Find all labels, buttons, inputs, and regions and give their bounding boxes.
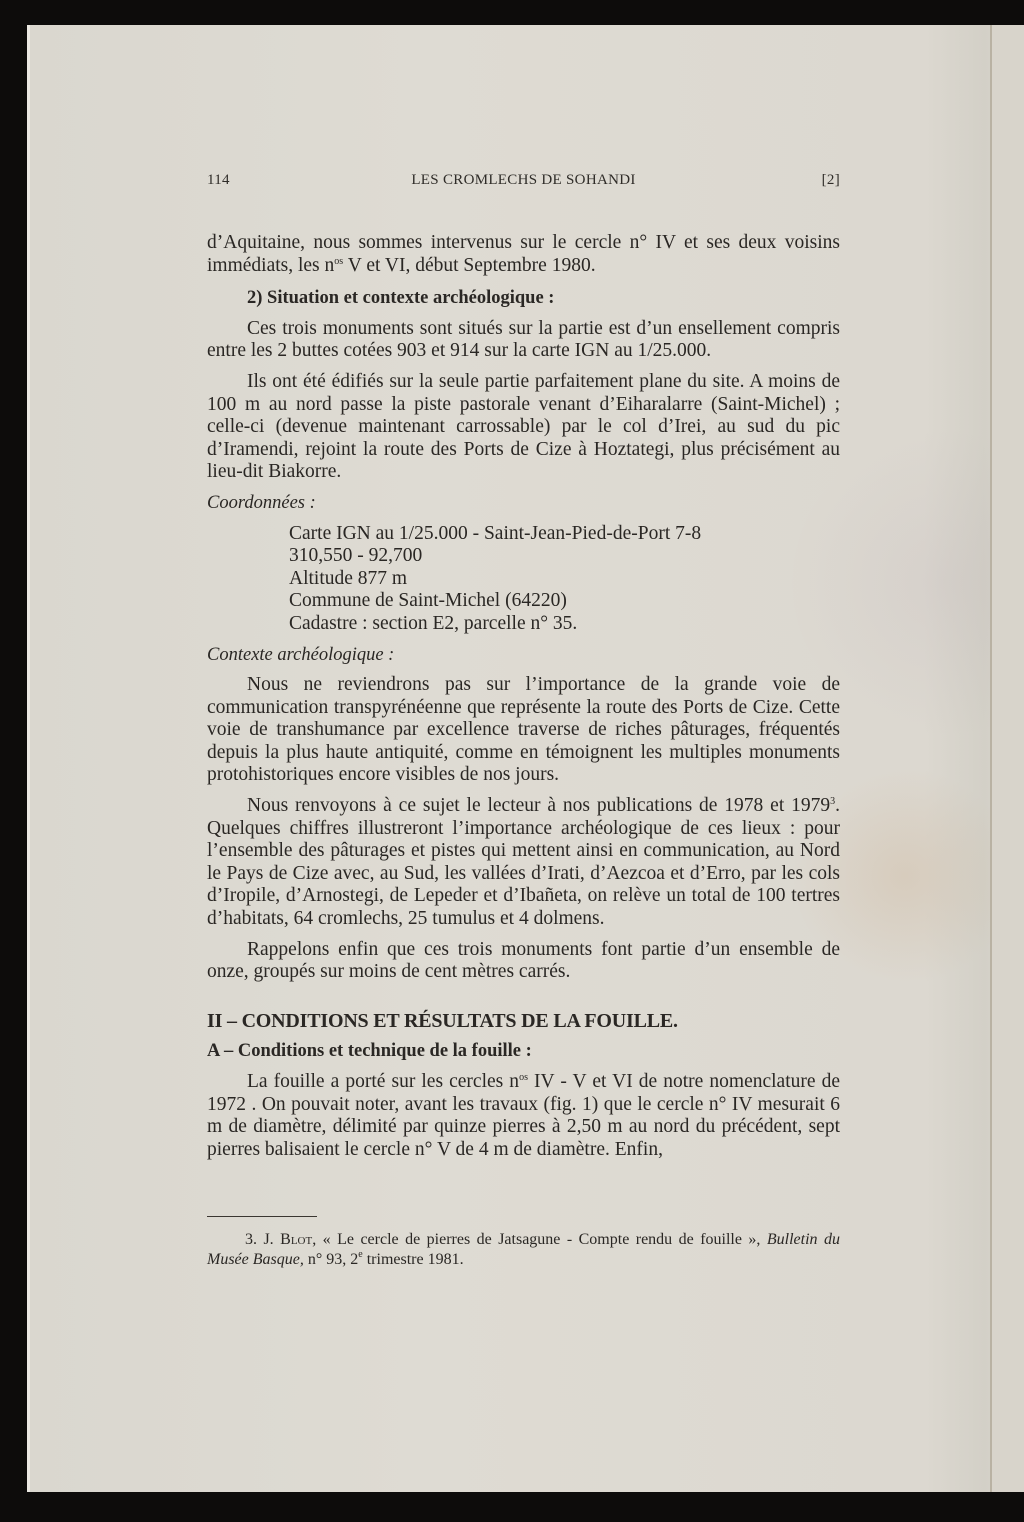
- coordinate-line: 310,550 - 92,700: [289, 545, 840, 568]
- subheading-conditions: A – Conditions et technique de la fouill…: [207, 1040, 840, 1063]
- coordinate-line: Commune de Saint-Michel (64220): [289, 590, 840, 613]
- footnote-divider: [207, 1216, 317, 1217]
- footnote: 3. J. Blot, « Le cercle de pierres de Ja…: [207, 1230, 840, 1270]
- facing-page-edge: [992, 25, 1024, 1492]
- paragraph-contexte-2: Nous renvoyons à ce sujet le lecteur à n…: [207, 795, 840, 931]
- coordinates-block: Carte IGN au 1/25.000 - Saint-Jean-Pied-…: [207, 523, 840, 636]
- heading-situation: 2) Situation et contexte archéologique :: [207, 287, 840, 310]
- coordinate-line: Carte IGN au 1/25.000 - Saint-Jean-Pied-…: [289, 523, 840, 546]
- chapter-heading: II – CONDITIONS ET RÉSULTATS DE LA FOUIL…: [207, 1010, 840, 1033]
- running-head: 114 LES CROMLECHS DE SOHANDI [2]: [207, 172, 840, 196]
- paragraph-contexte-3: Rappelons enfin que ces trois monuments …: [207, 939, 840, 984]
- paragraph-fouille: La fouille a porté sur les cercles nos I…: [207, 1071, 840, 1161]
- paragraph-situation-1: Ces trois monuments sont situés sur la p…: [207, 318, 840, 363]
- label-contexte: Contexte archéologique :: [207, 644, 840, 667]
- coordinate-line: Altitude 877 m: [289, 568, 840, 591]
- paragraph-intro: d’Aquitaine, nous sommes intervenus sur …: [207, 232, 840, 277]
- running-title: LES CROMLECHS DE SOHANDI: [207, 172, 840, 189]
- paragraph-contexte-1: Nous ne reviendrons pas sur l’importance…: [207, 674, 840, 787]
- footnote-author: Blot: [280, 1231, 312, 1248]
- paragraph-situation-2: Ils ont été édifiés sur la seule partie …: [207, 371, 840, 484]
- section-marker: [2]: [822, 172, 840, 189]
- label-coordonnees: Coordonnées :: [207, 492, 840, 515]
- page-edge: [27, 25, 30, 1492]
- coordinate-line: Cadastre : section E2, parcelle n° 35.: [289, 613, 840, 636]
- body-text: d’Aquitaine, nous sommes intervenus sur …: [207, 232, 840, 1161]
